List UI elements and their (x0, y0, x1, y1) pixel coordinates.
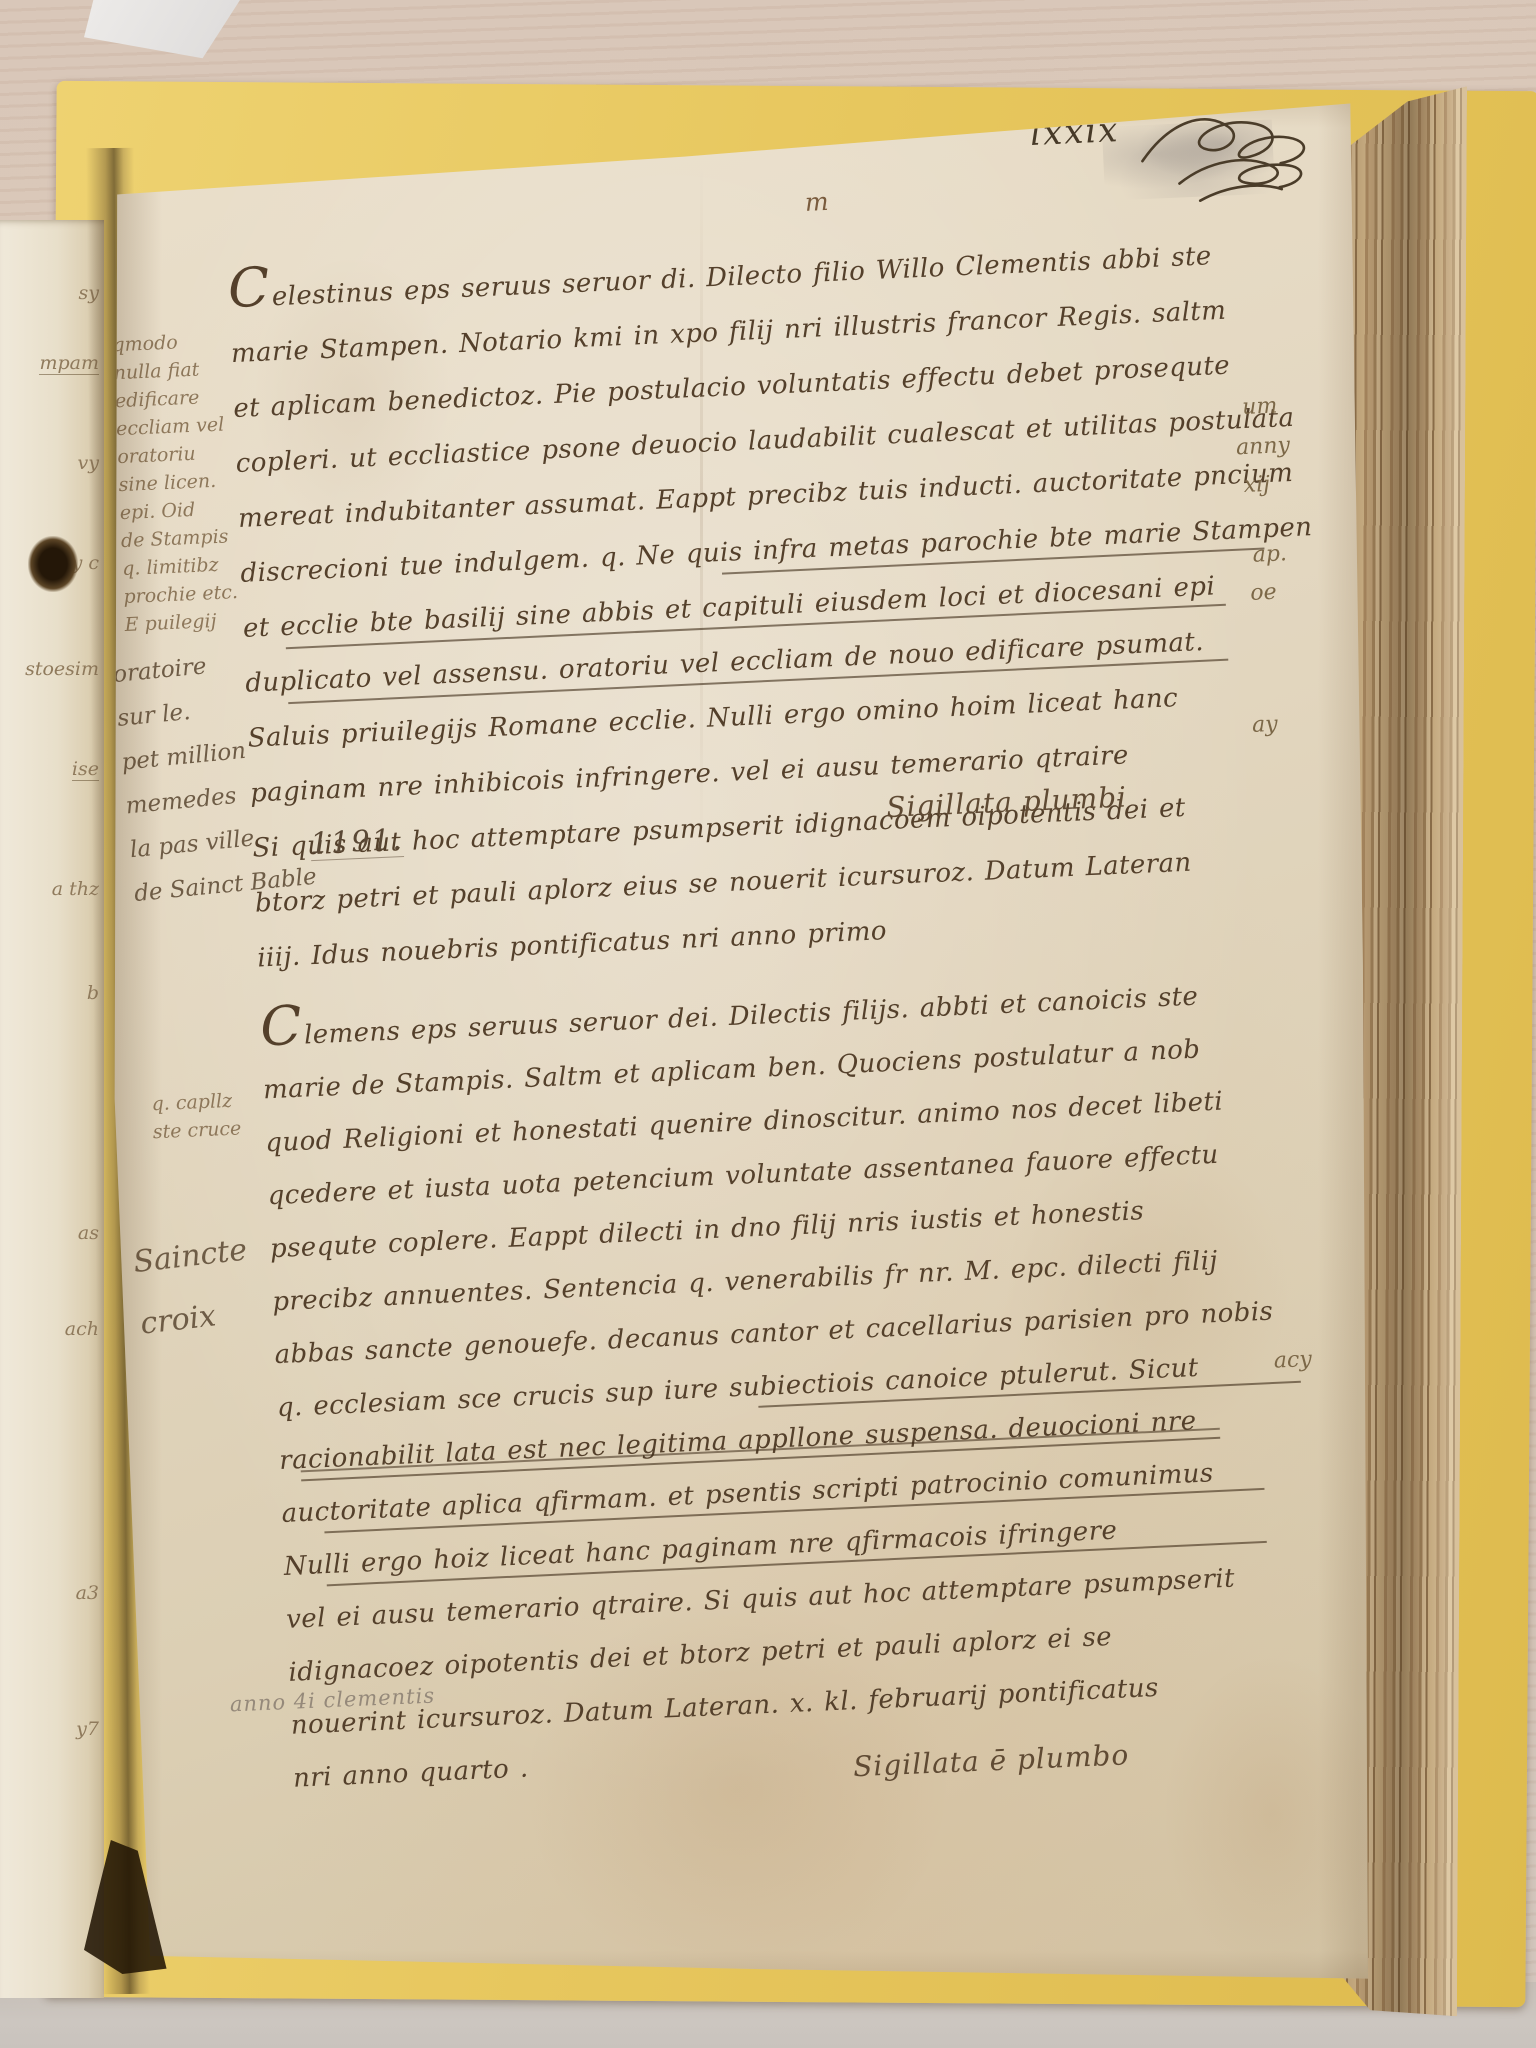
ink-letter-mark: m (804, 187, 829, 217)
right-margin-fragment: ap. (1252, 541, 1287, 567)
cutoff-text-fragment: ach (65, 1318, 99, 1340)
margin-note-french-hand: Saincte croix (130, 1213, 313, 1355)
right-margin-fragment: um (1242, 394, 1278, 421)
charter-clement: Clemens eps seruus seruor dei. Dilectis … (259, 955, 1338, 1806)
margin-note-french-hand: oratoire sur le. pet million memedes la … (111, 637, 306, 916)
year-annotation: 1191. (310, 822, 404, 861)
manuscript-page: m lxxix Celestinus eps seruus seruor di.… (102, 94, 1368, 1990)
margin-line: E puilegij (124, 605, 257, 639)
wormhole-damage (28, 536, 78, 592)
margin-line: ste cruce (152, 1113, 285, 1147)
page-content: m lxxix Celestinus eps seruus seruor di.… (101, 82, 1430, 1975)
right-margin-fragment: acy (1273, 1347, 1312, 1374)
paper-slip (84, 0, 240, 62)
right-margin-fragment: ay (1252, 712, 1279, 738)
cutoff-text-fragment: y7 (76, 1718, 99, 1740)
photo-of-manuscript: sy mpam vy vy c stoesim ise a thz b as a… (0, 0, 1536, 2048)
margin-line: prochie etc. (123, 577, 256, 611)
right-margin-fragment: oe (1250, 580, 1277, 606)
margin-rubric-old-hand: qmodo nulla fiat edificare eccliam vel o… (112, 326, 257, 639)
right-margin-fragment: xij (1243, 472, 1270, 498)
cutoff-text-fragment: a3 (76, 1582, 99, 1604)
cutoff-text-fragment: stoesim (25, 658, 99, 680)
margin-rubric-old-hand: q. capllz ste cruce (151, 1085, 285, 1147)
charter-celestine: Celestinus eps seruus seruor di. Dilecto… (227, 216, 1303, 987)
right-margin-fragment: anny (1235, 433, 1290, 460)
